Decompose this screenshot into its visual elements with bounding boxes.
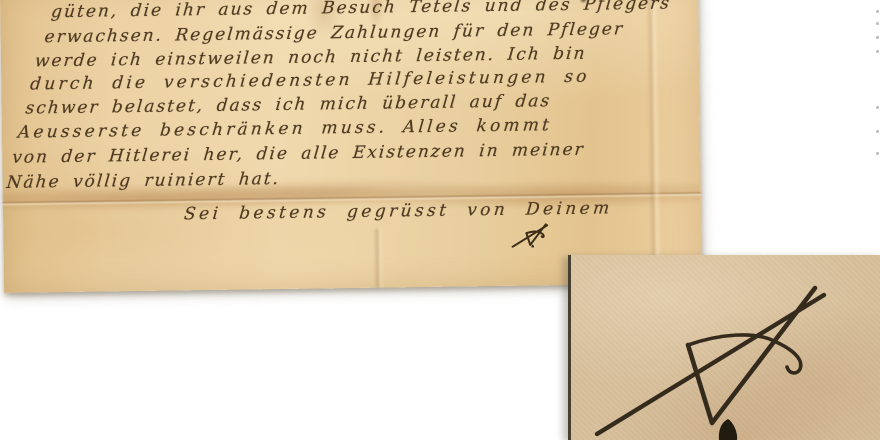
news-image-canvas: güten, die ihr aus dem Besuch Tetels und… — [0, 0, 880, 440]
letter-line: erwachsen. Regelmässige Zahlungen für de… — [44, 19, 625, 47]
letter-line: von der Hitlerei her, die alle Existenze… — [11, 140, 585, 168]
edge-mark — [876, 36, 879, 39]
edge-mark — [876, 130, 879, 133]
letter-line: Aeusserste beschränken muss. Alles kommt — [17, 115, 553, 142]
letter-line: Nähe völlig ruiniert hat. — [6, 169, 281, 193]
ink-fragment-mark — [579, 0, 588, 5]
letter-photo: güten, die ihr aus dem Besuch Tetels und… — [0, 0, 702, 293]
letter-line: durch die verschiedensten Hilfeleistunge… — [29, 67, 590, 95]
signature-a-closeup — [571, 255, 880, 440]
edge-mark — [876, 106, 879, 109]
edge-mark — [876, 50, 879, 53]
edge-mark — [876, 10, 879, 13]
paper-crease — [646, 0, 662, 284]
signature-closeup-inset — [568, 255, 880, 440]
paper-crease — [373, 229, 383, 288]
edge-mark — [876, 22, 879, 25]
edge-artifacts — [876, 2, 880, 172]
letter-line: schwer belastet, dass ich mich überall a… — [25, 91, 552, 118]
edge-mark — [876, 152, 879, 155]
signature-a-small — [508, 219, 556, 248]
